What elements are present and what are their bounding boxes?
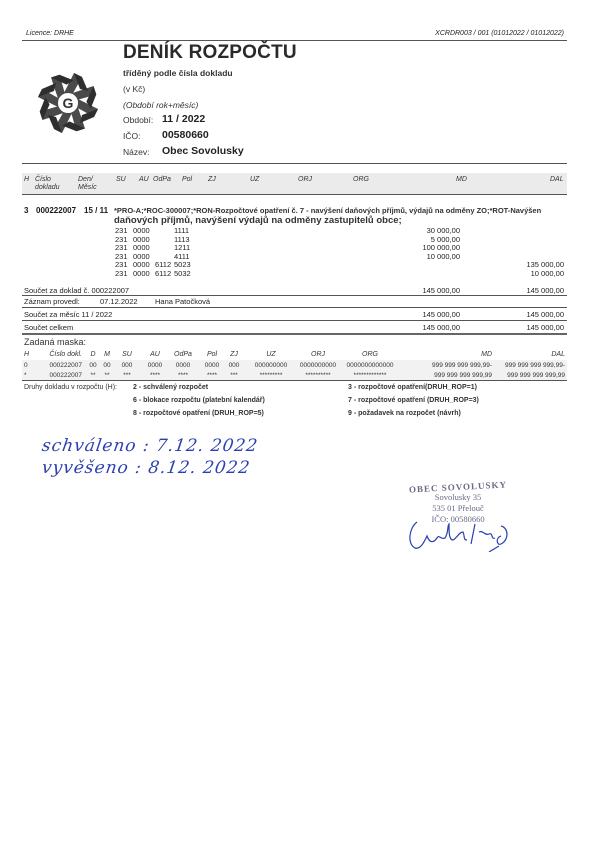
col-h: H: [24, 176, 29, 183]
mask-cell: 000222007: [34, 372, 82, 379]
mask-cell: ****: [142, 372, 168, 379]
legend-item: 8 - rozpočtové opatření (DRUH_ROP=5): [133, 410, 264, 417]
doc-day-month: 15 / 11: [84, 206, 108, 215]
subtitle: tříděný podle čísla dokladu: [123, 68, 233, 78]
mask-header-cell: M: [100, 351, 114, 358]
mask-header-cell: ZJ: [226, 351, 242, 358]
mask-cell: *************: [338, 372, 402, 379]
col-den-2: Měsíc: [78, 184, 97, 191]
mask-header-cell: Pol: [198, 351, 226, 358]
mask-cell: 000: [116, 362, 138, 369]
doc-sum-dal: 145 000,00: [474, 286, 564, 295]
mask-cell: 0000: [198, 362, 226, 369]
col-uz: UZ: [250, 176, 259, 183]
report-code: XCRDR003 / 001 (01012022 / 01012022): [435, 30, 564, 37]
line-pol: 5032: [174, 269, 191, 278]
mask-cell: 00: [100, 362, 114, 369]
line-odpa: 6112: [155, 269, 171, 278]
doc-number: 000222007: [36, 206, 76, 215]
total-label: Součet celkem: [24, 323, 73, 332]
mask-cell: 999 999 999 999,99-: [485, 362, 565, 369]
mask-cell: ***: [226, 372, 242, 379]
signature-icon: [405, 518, 515, 552]
doc-sum-label: Součet za doklad č. 000222007: [24, 286, 129, 295]
name-value: Obec Sovolusky: [162, 145, 244, 157]
mask-cell: 00: [86, 362, 100, 369]
divider: [22, 307, 567, 308]
page-title: DENÍK ROZPOČTU: [123, 42, 297, 64]
mask-header-cell: D: [86, 351, 100, 358]
total-dal: 145 000,00: [474, 323, 564, 332]
mask-header-cell: AU: [142, 351, 168, 358]
col-org: ORG: [353, 176, 369, 183]
mask-header-cell: ORJ: [294, 351, 342, 358]
mask-header-cell: Číslo dokl.: [34, 351, 82, 358]
handwritten-approved: schváleno : 7.12. 2022: [41, 436, 260, 456]
divider: [22, 333, 567, 335]
col-md: MD: [456, 176, 467, 183]
doc-type: 3: [24, 206, 28, 215]
mask-cell: 999 999 999 999,99: [485, 372, 565, 379]
doc-sum-md: 145 000,00: [370, 286, 460, 295]
divider: [22, 380, 567, 381]
ico-label: IČO:: [123, 131, 140, 141]
doc-description: *PRO-A;*ROC-300007;*RON-Rozpočtové opatř…: [114, 206, 541, 215]
month-sum-md: 145 000,00: [370, 310, 460, 319]
legend-item: 7 - rozpočtové opatření (DRUH_ROP=3): [348, 397, 479, 404]
recorded-by: Hana Patočková: [155, 297, 210, 306]
legend-label: Druhy dokladu v rozpočtu (H):: [24, 384, 117, 391]
col-odpa: OdPa: [153, 176, 171, 183]
mask-cell: 0000: [142, 362, 168, 369]
stamp-line: 535 01 Přelouč: [398, 503, 518, 514]
line-su: 231: [115, 269, 128, 278]
legend-item: 2 - schválený rozpočet: [133, 384, 208, 391]
top-divider: [22, 40, 567, 41]
mask-cell: **********: [294, 372, 342, 379]
col-pol: Pol: [182, 176, 192, 183]
mask-header-cell: MD: [412, 351, 492, 358]
licence-label: Licence: DRHE: [26, 30, 74, 37]
table-header: H Číslo dokladu Den/ Měsíc SU AU OdPa Po…: [22, 173, 567, 195]
col-au: AU: [139, 176, 149, 183]
currency-note: (v Kč): [123, 84, 145, 94]
period-label: Období:: [123, 115, 153, 125]
col-su: SU: [116, 176, 126, 183]
line-dal: 10 000,00: [474, 269, 564, 278]
mask-cell: 999 999 999 999,99: [412, 372, 492, 379]
name-label: Název:: [123, 147, 149, 157]
mask-cell: ****: [168, 372, 198, 379]
mask-cell: *********: [248, 372, 294, 379]
svg-text:G: G: [63, 95, 74, 111]
line-md: 10 000,00: [370, 252, 460, 261]
logo-icon: G: [36, 68, 100, 138]
month-sum-dal: 145 000,00: [474, 310, 564, 319]
col-orj: ORJ: [298, 176, 312, 183]
col-dal: DAL: [550, 176, 564, 183]
mask-cell: 000000000: [248, 362, 294, 369]
ico-value: 00580660: [162, 129, 209, 141]
period-note: (Období rok+měsíc): [123, 100, 198, 110]
mask-cell: **: [100, 372, 114, 379]
mask-cell: 0000000000000: [338, 362, 402, 369]
period-value: 11 / 2022: [162, 113, 205, 125]
legend-item: 6 - blokace rozpočtu (platební kalendář): [133, 397, 265, 404]
col-zj: ZJ: [208, 176, 216, 183]
mask-header-cell: OdPa: [168, 351, 198, 358]
legend-item: 3 - rozpočtové opatření(DRUH_ROP=1): [348, 384, 477, 391]
mask-cell: 000222007: [34, 362, 82, 369]
col-den: Den/: [78, 176, 93, 183]
mask-header-cell: H: [24, 351, 34, 358]
recorded-label: Záznam provedl:: [24, 297, 80, 306]
mask-header-cell: DAL: [485, 351, 565, 358]
mask-title: Zadaná maska:: [24, 337, 86, 347]
mask-cell: 0000: [168, 362, 198, 369]
mask-header-cell: SU: [116, 351, 138, 358]
mask-cell: 0: [24, 362, 34, 369]
mask-cell: ***: [116, 372, 138, 379]
mask-cell: 000: [226, 362, 242, 369]
mask-cell: 999 999 999 999,99-: [412, 362, 492, 369]
recorded-date: 07.12.2022: [100, 297, 138, 306]
divider: [22, 320, 567, 321]
mask-cell: **: [86, 372, 100, 379]
mask-header-cell: UZ: [248, 351, 294, 358]
col-cislo: Číslo: [35, 176, 51, 183]
month-sum-label: Součet za měsíc 11 / 2022: [24, 310, 112, 319]
handwritten-posted: vyvěšeno : 8.12. 2022: [41, 458, 252, 478]
mask-cell: ****: [198, 372, 226, 379]
doc-description-2: daňových příjmů, navýšení výdajů na odmě…: [114, 215, 402, 226]
mask-cell: 0000000000: [294, 362, 342, 369]
total-md: 145 000,00: [370, 323, 460, 332]
col-cislo-2: dokladu: [35, 184, 60, 191]
line-au: 0000: [133, 269, 150, 278]
mask-header-cell: ORG: [338, 351, 402, 358]
divider: [22, 295, 567, 296]
header-divider: [22, 163, 567, 164]
mask-cell: *: [24, 372, 34, 379]
legend-item: 9 - požadavek na rozpočet (návrh): [348, 410, 461, 417]
